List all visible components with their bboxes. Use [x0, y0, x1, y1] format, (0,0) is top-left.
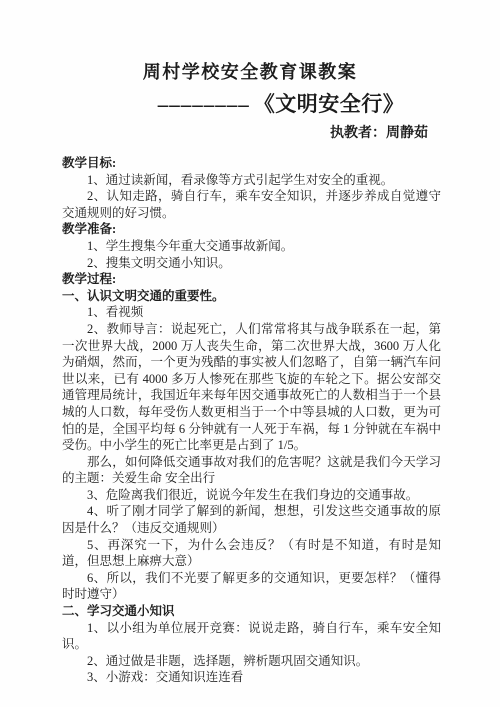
paragraph: 6、所以，我们不光要了解更多的交通知识，更要怎样？（懂得时时遵守）: [62, 570, 441, 603]
subtitle-book-title: 《文明安全行》: [254, 92, 405, 116]
subtitle-dashes: ––––––––: [158, 92, 250, 116]
paragraph: 3、危险离我们很近，说说今年发生在我们身边的交通事故。: [62, 487, 441, 504]
section-heading: 教学过程:: [62, 271, 441, 288]
paragraph: 3、小游戏：交通知识连连看: [62, 669, 441, 686]
paragraph: 那么，如何降低交通事故对我们的危害呢？这就是我们今天学习的主题：关爱生命 安全出…: [62, 454, 441, 487]
document-title: 周村学校安全教育课教案: [0, 0, 500, 86]
paragraph: 2、搜集文明交通小知识。: [62, 255, 441, 272]
section-heading: 一、认识文明交通的重要性。: [62, 288, 441, 305]
document-subtitle: ––––––––《文明安全行》: [0, 89, 500, 119]
paragraph: 1、通过读新闻，看录像等方式引起学生对安全的重视。: [62, 172, 441, 189]
section-heading: 二、学习交通小知识: [62, 603, 441, 620]
section-heading: 教学准备:: [62, 221, 441, 238]
paragraph: 1、学生搜集今年重大交通事故新闻。: [62, 238, 441, 255]
paragraph: 5、再深究一下，为什么会违反？（有时是不知道，有时是知道，但思想上麻痹大意）: [62, 537, 441, 570]
document-body: 教学目标:1、通过读新闻，看录像等方式引起学生对安全的重视。2、认知走路，骑自行…: [62, 155, 441, 686]
paragraph: 1、看视频: [62, 304, 441, 321]
paragraph: 1、以小组为单位展开竞赛：说说走路，骑自行车，乘车安全知识。: [62, 620, 441, 653]
author-line: 执教者：周静茹: [0, 124, 500, 144]
paragraph: 2、认知走路，骑自行车，乘车安全知识，并逐步养成自觉遵守交通规则的好习惯。: [62, 188, 441, 221]
document-page: 周村学校安全教育课教案 ––––––––《文明安全行》 执教者：周静茹 教学目标…: [0, 0, 500, 707]
paragraph: 2、通过做是非题，选择题，辨析题巩固交通知识。: [62, 653, 441, 670]
section-heading: 教学目标:: [62, 155, 441, 172]
paragraph: 2、教师导言：说起死亡，人们常常将其与战争联系在一起，第一次世界大战，2000 …: [62, 321, 441, 454]
paragraph: 4、听了刚才同学了解到的新闻，想想，引发这些交通事故的原因是什么？（违反交通规则…: [62, 503, 441, 536]
